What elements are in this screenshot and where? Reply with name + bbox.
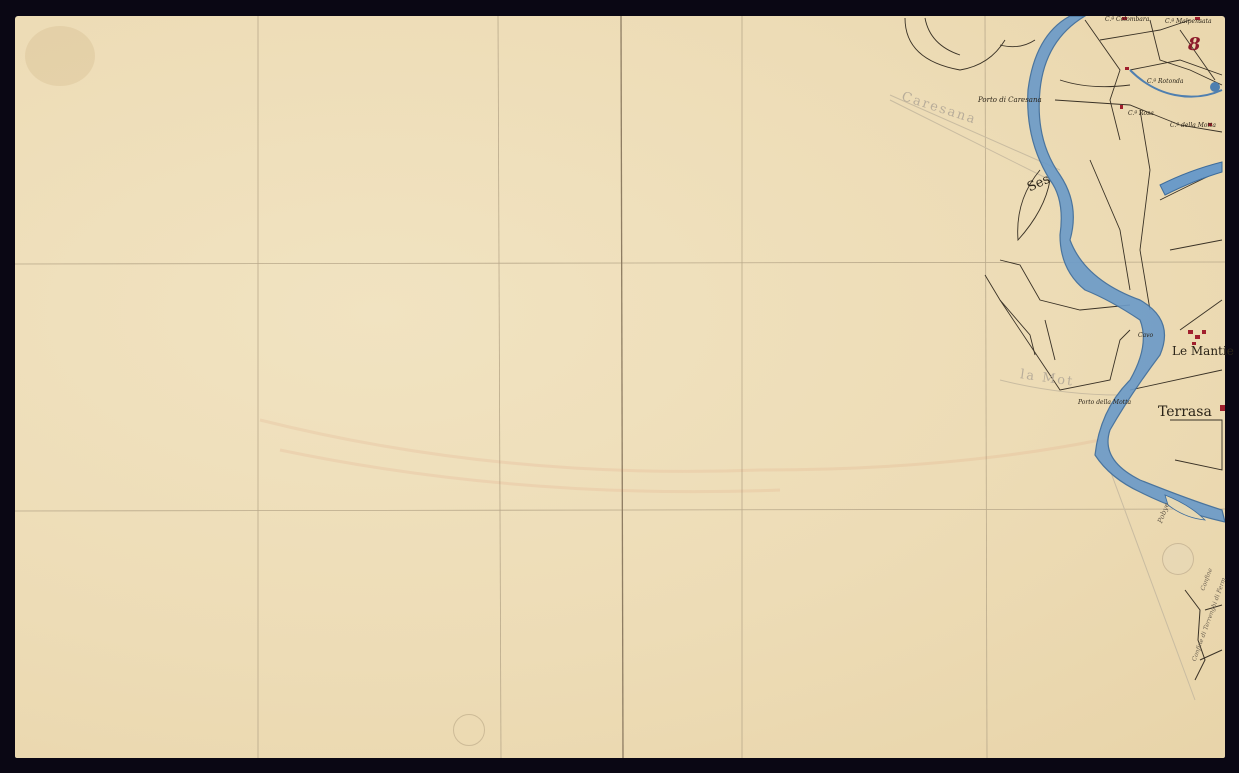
label-terrasa: Terrasa	[1158, 404, 1212, 420]
grid-lines	[15, 16, 1225, 758]
label-cavo: Cavo	[1138, 332, 1153, 339]
label-porto-caresana: Porto di Caresana	[978, 96, 1042, 104]
label-porto-motta: Porto della Motta	[1078, 399, 1131, 406]
map-drawing	[15, 16, 1225, 758]
label-c-malpensata: C.ª Malpensata	[1165, 18, 1212, 25]
sheet-number: 8	[1188, 34, 1201, 55]
label-c-rosa: C.ª Rosa	[1128, 110, 1154, 117]
label-c-rotonda: C.ª Rotonda	[1147, 78, 1183, 85]
map-sheet: 8 Porto di Caresana Caresana Ses C.ª Mal…	[15, 16, 1225, 758]
label-c-colombara: C.ª Colombara	[1105, 16, 1149, 23]
sheet-join	[621, 16, 623, 758]
label-c-motta: C.ª della Motta	[1170, 122, 1216, 129]
river-branch	[1160, 162, 1222, 195]
label-le-mantie: Le Mantie	[1172, 344, 1234, 358]
